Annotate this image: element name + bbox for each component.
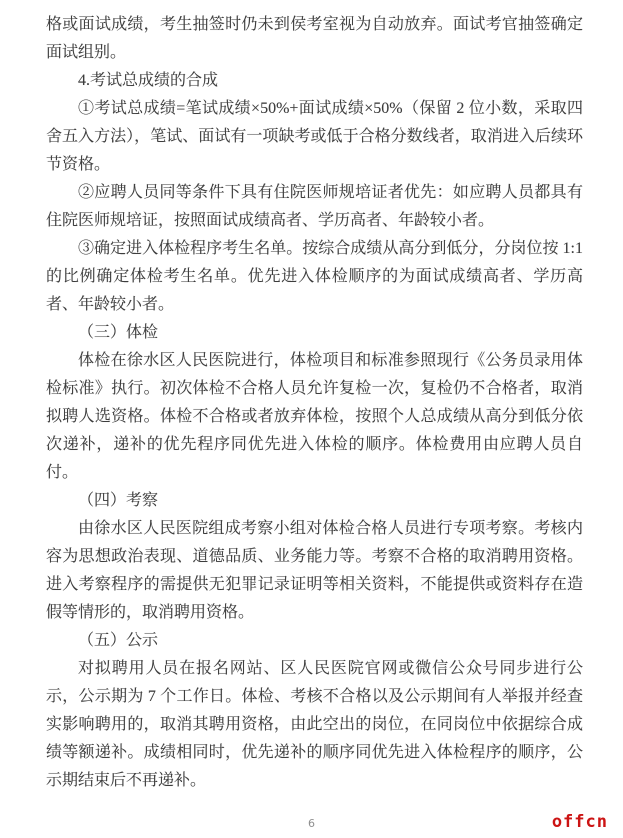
paragraph-score-formula: ①考试总成绩=笔试成绩×50%+面试成绩×50%（保留 2 位小数，采取四舍五入… xyxy=(46,95,583,179)
heading-section-4-inspection: （四）考察 xyxy=(46,487,583,515)
paragraph-interview-rules-continuation: 格或面试成绩，考生抽签时仍未到侯考室视为自动放弃。面试考官抽签确定面试组别。 xyxy=(46,11,583,67)
heading-section-3-medical-exam: （三）体检 xyxy=(46,319,583,347)
page-number: 6 xyxy=(0,817,623,830)
document-content: 格或面试成绩，考生抽签时仍未到侯考室视为自动放弃。面试考官抽签确定面试组别。 4… xyxy=(46,11,583,795)
paragraph-inspection-details: 由徐水区人民医院组成考察小组对体检合格人员进行专项考察。考核内容为思想政治表现、… xyxy=(46,515,583,627)
offcn-watermark: offcn xyxy=(552,812,608,832)
paragraph-publicity-details: 对拟聘用人员在报名网站、区人民医院官网或微信公众号同步进行公示，公示期为 7 个… xyxy=(46,655,583,795)
paragraph-medical-exam-shortlist: ③确定进入体检程序考生名单。按综合成绩从高分到低分，分岗位按 1:1 的比例确定… xyxy=(46,235,583,319)
paragraph-priority-certificate: ②应聘人员同等条件下具有住院医师规培证者优先：如应聘人员都具有住院医师规培证，按… xyxy=(46,179,583,235)
heading-exam-total-score: 4.考试总成绩的合成 xyxy=(46,67,583,95)
paragraph-medical-exam-details: 体检在徐水区人民医院进行，体检项目和标准参照现行《公务员录用体检标准》执行。初次… xyxy=(46,347,583,487)
document-page: 格或面试成绩，考生抽签时仍未到侯考室视为自动放弃。面试考官抽签确定面试组别。 4… xyxy=(0,0,623,838)
heading-section-5-publicity: （五）公示 xyxy=(46,627,583,655)
